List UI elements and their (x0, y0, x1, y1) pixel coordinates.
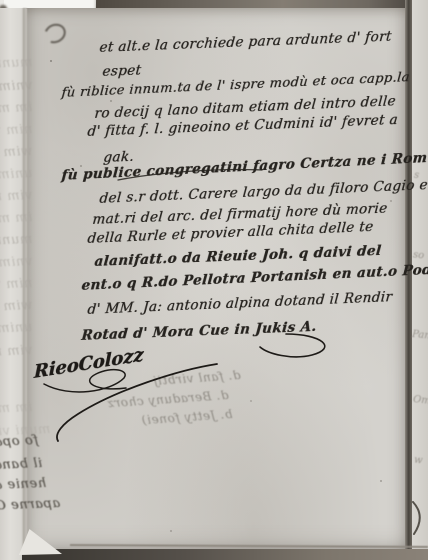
next-page-mark: Om (412, 394, 428, 407)
text-line: gak. (103, 149, 135, 166)
page-curl-mark (410, 501, 428, 535)
scanned-manuscript-photo: s so Pam Om w muni vim unim vnum mir un … (0, 0, 428, 560)
text-line: espet (102, 63, 142, 80)
paper-specks (50, 60, 52, 62)
next-page-mark: so (412, 249, 424, 261)
next-page-edge (412, 0, 428, 560)
page-edge-bottom (22, 549, 428, 560)
next-page-mark: Pam (411, 329, 428, 342)
next-page-mark: w (413, 455, 423, 467)
